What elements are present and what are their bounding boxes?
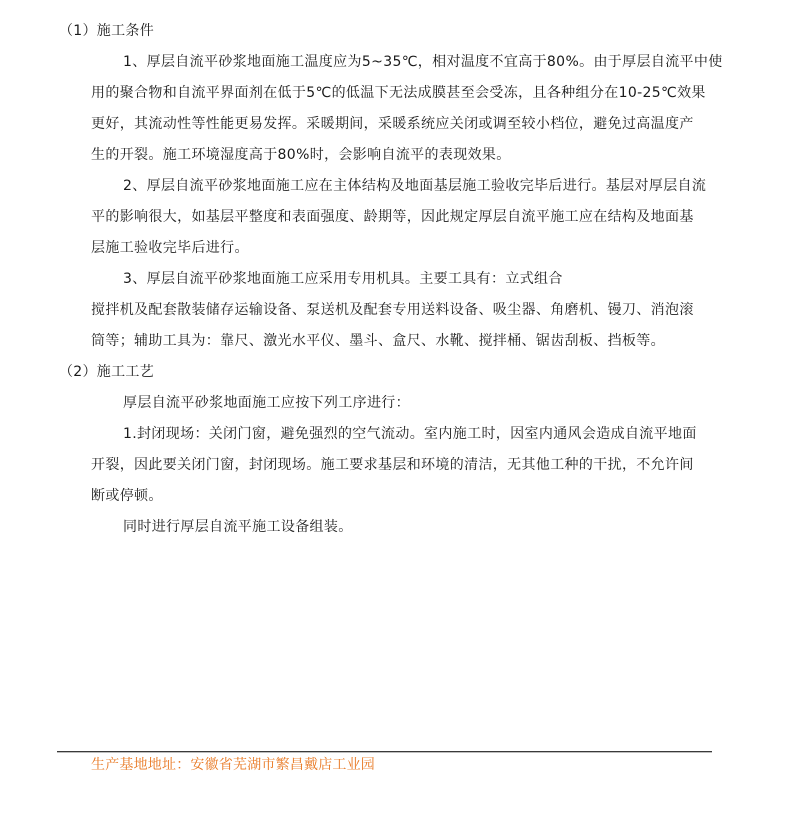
paragraph-process-intro: 厚层自流平砂浆地面施工应按下列工序进行： [59,388,739,419]
paragraph-base-layer-acceptance: 2、厚层自流平砂浆地面施工应在主体结构及地面基层施工验收完毕后进行。基层对厚层自… [59,171,739,264]
paragraph-special-tools: 3、厚层自流平砂浆地面施工应采用专用机具。主要工具有：立式组合 搅拌机及配套散装… [59,264,739,357]
text-line: 1、厚层自流平砂浆地面施工温度应为5~35℃，相对温度不宜高于80%。由于厚层自… [59,47,739,78]
text-line: 3、厚层自流平砂浆地面施工应采用专用机具。主要工具有：立式组合 [59,264,739,295]
text-line: 更好，其流动性等性能更易发挥。采暖期间，采暖系统应关闭或调至较小档位，避免过高温… [59,109,739,140]
text-line: 平的影响很大，如基层平整度和表面强度、龄期等，因此规定厚层自流平施工应在结构及地… [59,202,739,233]
text-line: 厚层自流平砂浆地面施工应按下列工序进行： [59,388,739,419]
footer-address: 生产基地地址：安徽省芜湖市繁昌戴店工业园 [91,755,375,775]
text-line: 开裂，因此要关闭门窗，封闭现场。施工要求基层和环境的清洁，无其他工种的干扰，不允… [59,450,739,481]
paragraph-equipment-assembly: 同时进行厚层自流平施工设备组装。 [59,512,739,543]
text-line: 筒等；辅助工具为：靠尺、激光水平仪、墨斗、盒尺、水靴、搅拌桶、锯齿刮板、挡板等。 [59,326,739,357]
text-line: 层施工验收完毕后进行。 [59,233,739,264]
paragraph-seal-site: 1.封闭现场：关闭门窗，避免强烈的空气流动。室内施工时，因室内通风会造成自流平地… [59,419,739,512]
text-line: 断或停顿。 [59,481,739,512]
section-heading-construction-conditions: （1）施工条件 [59,16,739,47]
text-line: 2、厚层自流平砂浆地面施工应在主体结构及地面基层施工验收完毕后进行。基层对厚层自… [59,171,739,202]
text-line: 搅拌机及配套散装储存运输设备、泵送机及配套专用送料设备、吸尘器、角磨机、镘刀、消… [59,295,739,326]
text-line: 同时进行厚层自流平施工设备组装。 [59,512,739,543]
text-line: 用的聚合物和自流平界面剂在低于5℃的低温下无法成膜甚至会受冻，且各种组分在10-… [59,78,739,109]
footer-divider [57,751,712,752]
text-line: 生的开裂。施工环境湿度高于80%时，会影响自流平的表现效果。 [59,140,739,171]
document-body: （1）施工条件 1、厚层自流平砂浆地面施工温度应为5~35℃，相对温度不宜高于8… [59,16,739,543]
text-line: 1.封闭现场：关闭门窗，避免强烈的空气流动。室内施工时，因室内通风会造成自流平地… [59,419,739,450]
paragraph-temperature-conditions: 1、厚层自流平砂浆地面施工温度应为5~35℃，相对温度不宜高于80%。由于厚层自… [59,47,739,171]
section-heading-construction-process: （2）施工工艺 [59,357,739,388]
